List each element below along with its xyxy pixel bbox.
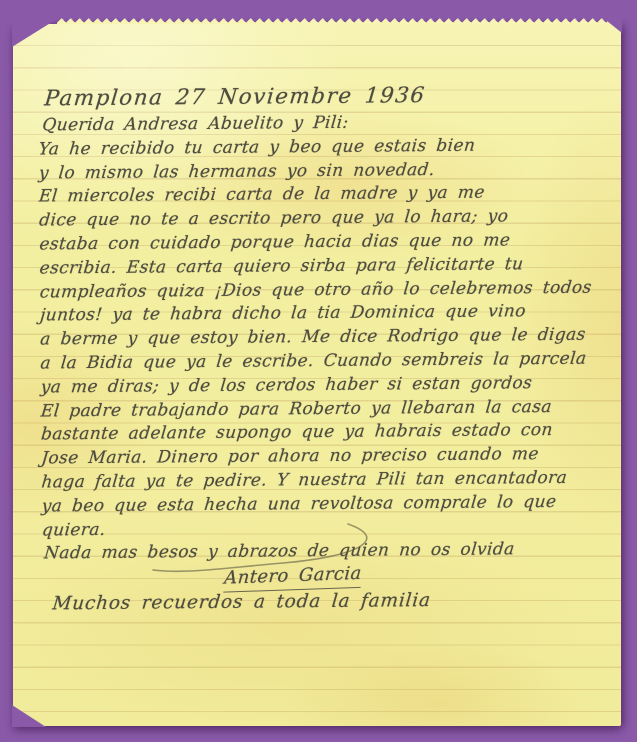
letter-paper: Pamplona 27 Noviembre 1936 Querida Andre… bbox=[13, 24, 621, 726]
letter-signature: Antero Garcia bbox=[223, 562, 609, 591]
paper-corner-cut-top-left bbox=[12, 17, 60, 47]
scanned-letter-page: { "page": { "background_color": "#8a5aa9… bbox=[0, 0, 637, 742]
paper-corner-cut-top-right bbox=[602, 17, 622, 33]
letter-date-line: Pamplona 27 Noviembre 1936 bbox=[43, 80, 606, 115]
letter-body: Ya he recibido tu carta y beo que estais… bbox=[37, 133, 607, 542]
letter-postscript: Muchos recuerdos a toda la familia bbox=[51, 587, 609, 616]
letter-text-block: Pamplona 27 Noviembre 1936 Querida Andre… bbox=[37, 80, 608, 617]
paper-corner-cut-bottom-left bbox=[12, 705, 46, 727]
torn-perforated-edge bbox=[57, 18, 619, 24]
signature-name: Antero Garcia bbox=[223, 562, 362, 593]
